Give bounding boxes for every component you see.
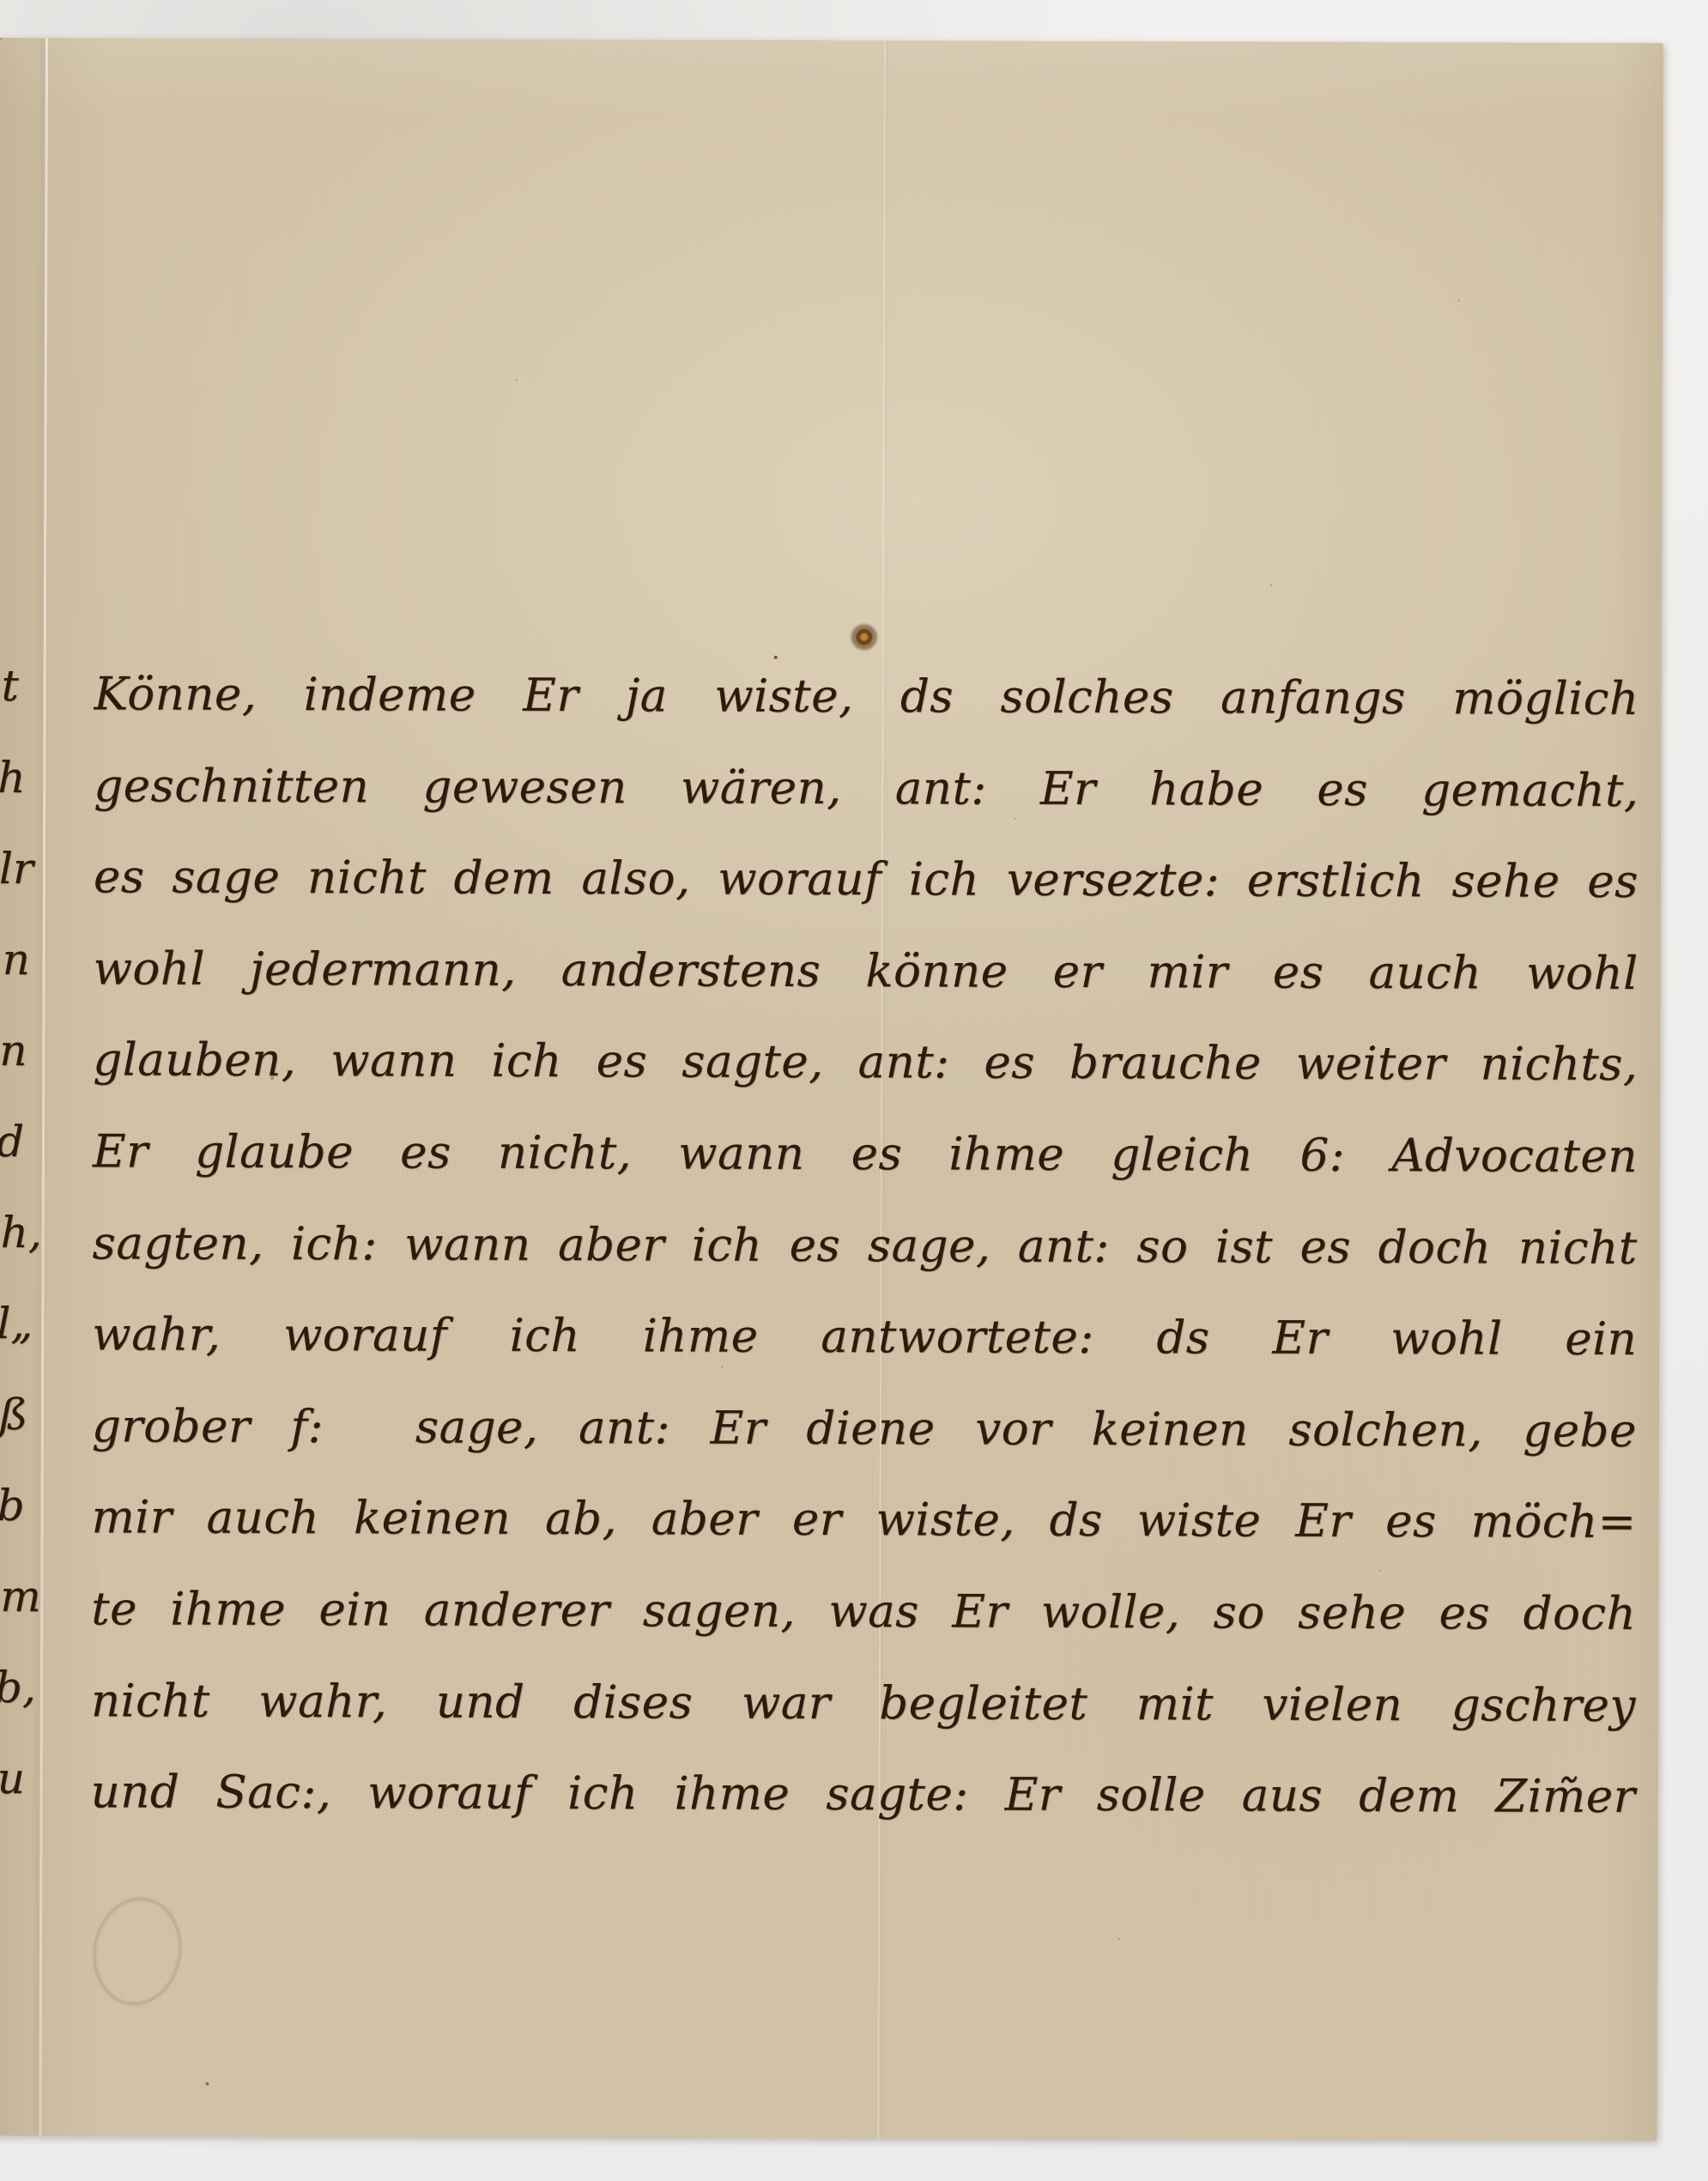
handwriting-line: wahr, worauf ich ihme antwortete: ds Er … bbox=[92, 1290, 1637, 1386]
handwriting-line: nicht wahr, und dises war begleitet mit … bbox=[91, 1656, 1636, 1752]
handwriting-line: wohl jedermann, anderstens könne er mir … bbox=[93, 924, 1638, 1020]
page-edge-fragment: l„ bbox=[0, 1299, 33, 1348]
adjacent-page-edge: t h lr n n d h, l„ ß b m b, u bbox=[0, 38, 1663, 43]
pencil-mark bbox=[85, 1890, 191, 2012]
handwriting-line: sagten, ich: wann aber ich es sage, ant:… bbox=[92, 1198, 1637, 1294]
page-edge-fragment: d bbox=[0, 1117, 24, 1166]
page-edge-fragment: n bbox=[0, 1026, 27, 1075]
handwriting-line: geschnitten gewesen wären, ant: Er habe … bbox=[94, 741, 1638, 837]
handwriting-block: Könne, indeme Er ja wiste, ds solches an… bbox=[90, 649, 1638, 1843]
page-edge-fragment: t bbox=[2, 661, 19, 711]
handwriting-line: und Sac:, worauf ich ihme sagte: Er soll… bbox=[90, 1747, 1635, 1843]
page-edge-fragment: b, bbox=[0, 1663, 36, 1712]
page-fold-crease bbox=[39, 38, 48, 2136]
burn-spot bbox=[850, 622, 879, 651]
handwriting-line: es sage nicht dem also, worauf ich verse… bbox=[94, 833, 1638, 929]
page-edge-fragment: h bbox=[0, 753, 26, 803]
handwriting-line: glauben, wann ich es sagte, ant: es brau… bbox=[93, 1015, 1638, 1112]
page-edge-fragment: ß bbox=[0, 1390, 27, 1439]
page-edge-fragment: u bbox=[0, 1754, 25, 1803]
handwriting-line: grober f: sage, ant: Er diene vor keinen… bbox=[92, 1381, 1637, 1477]
handwriting-line: te ihme ein anderer sagen, was Er wolle,… bbox=[91, 1564, 1636, 1660]
manuscript-page: t h lr n n d h, l„ ß b m b, u Könne, ind… bbox=[0, 38, 1663, 2141]
paper-speckles bbox=[0, 38, 2, 39]
handwriting-line: Könne, indeme Er ja wiste, ds solches an… bbox=[94, 649, 1638, 745]
page-edge-fragment: b bbox=[0, 1481, 25, 1530]
page-edge-fragment: h, bbox=[1, 1208, 42, 1257]
page-edge-fragment: lr bbox=[0, 844, 33, 894]
page-edge-fragment: n bbox=[3, 935, 30, 984]
handwriting-line: Er glaube es nicht, wann es ihme gleich … bbox=[93, 1106, 1638, 1203]
handwriting-line: mir auch keinen ab, aber er wiste, ds wi… bbox=[91, 1473, 1636, 1569]
page-edge-fragment: m bbox=[0, 1572, 41, 1621]
photo-backdrop: { "page": { "backdrop_color": "#f0eeec",… bbox=[0, 0, 1708, 2181]
